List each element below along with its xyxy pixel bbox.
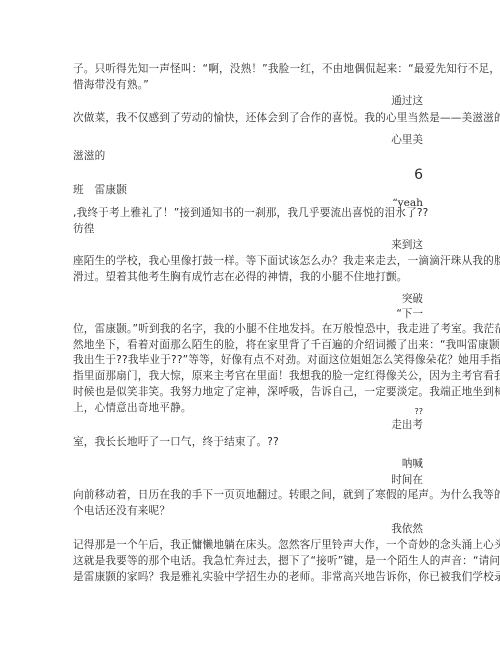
document-page: 子。只听得先知一声怪叫：“啊，没熟！”我脸一红，不由地偶侃起来：“最爱先知行不足… (0, 0, 500, 647)
heading-fragment: 走出考 (391, 418, 423, 432)
heading-fragment: 突破 (402, 292, 423, 306)
heading-fragment: “下一 (396, 307, 423, 321)
text-line: 室，我长长地吁了一口气，终于结束了。?? (73, 435, 279, 449)
text-line: 滑过。望着其他考生胸有成竹志在必得的神情，我的小腿不住地打颤。 (73, 270, 408, 284)
text-line: 座陌生的学校，我心里像打鼓一样。等下面试该怎么办？我走来走去，一滴滴汗珠从我的脸… (73, 254, 500, 268)
heading-fragment: 我依然 (391, 522, 423, 536)
heading-fragment: 6 (414, 168, 423, 182)
heading-fragment: 通过这 (391, 94, 423, 108)
text-line: 记得那是一个午后，我正慵懒地躺在床头。忽然客厅里铃声大作，一个奇妙的念头涌上心头… (73, 538, 500, 552)
heading-fragment: 呐喊 (402, 457, 423, 471)
text-line: 次做菜，我不仅感到了劳动的愉快，还体会到了合作的喜悦。我的心里当然是——美滋滋的… (73, 111, 500, 125)
text-line: 然地坐下，看着对面那么陌生的脸，将在家里背了千百遍的介绍词搬了出来：“我叫雷康颢… (73, 338, 500, 352)
text-line: 彷徨 (73, 222, 95, 236)
text-line: 这就是我要等的那个电话。我急忙奔过去，摁下了“接听”键，是一个陌生人的声音：“请… (73, 554, 500, 568)
text-line: 指里面那扇门，我大惊，原来主考官在里面！我想我的脸一定红得像关公，因为主考官看我… (73, 369, 500, 383)
text-line: 子。只听得先知一声怪叫：“啊，没熟！”我脸一红，不由地偶侃起来：“最爱先知行不足… (73, 62, 500, 76)
text-line: 我出生于??我毕业于??”等等，好像有点不对劲。对面这位姐姐怎么笑得像朵花？她用… (73, 353, 500, 367)
text-line: 个电话还没有来呢？ (73, 504, 170, 518)
text-line: 滋滋的 (73, 149, 105, 163)
heading-fragment: 来到这 (391, 238, 423, 252)
heading-fragment: 时间在 (391, 473, 423, 487)
heading-fragment: ?? (415, 405, 424, 419)
text-line: 位，雷康颢。”听到我的名字，我的小腿不住地发抖。在万般惶恐中，我走进了考室。我茫… (73, 322, 500, 336)
heading-fragment: 心里美 (391, 133, 423, 147)
text-line: 上，心情意出奇地平静。 (73, 401, 192, 415)
text-line: 班 雷康颢 (73, 183, 127, 197)
text-line: 时候也是似笑非笑。我努力地定了定神，深呼吸，告诉自己，一定要淡定。我端正地坐到椅… (73, 385, 500, 399)
text-line: ,我终于考上雅礼了！”接到通知书的一刹那，我几乎要流出喜悦的泪水了?? (73, 206, 429, 220)
text-line: 惜海带没有熟。” (73, 78, 149, 92)
text-line: 是雷康颢的家吗？我是雅礼实验中学招生办的老师。非常高兴地告诉你，你已被我们学校录… (73, 570, 500, 584)
text-line: 向前移动着，日历在我的手下一页页地翻过。转眼之间，就到了寒假的尾声。为什么我等的… (73, 488, 500, 502)
